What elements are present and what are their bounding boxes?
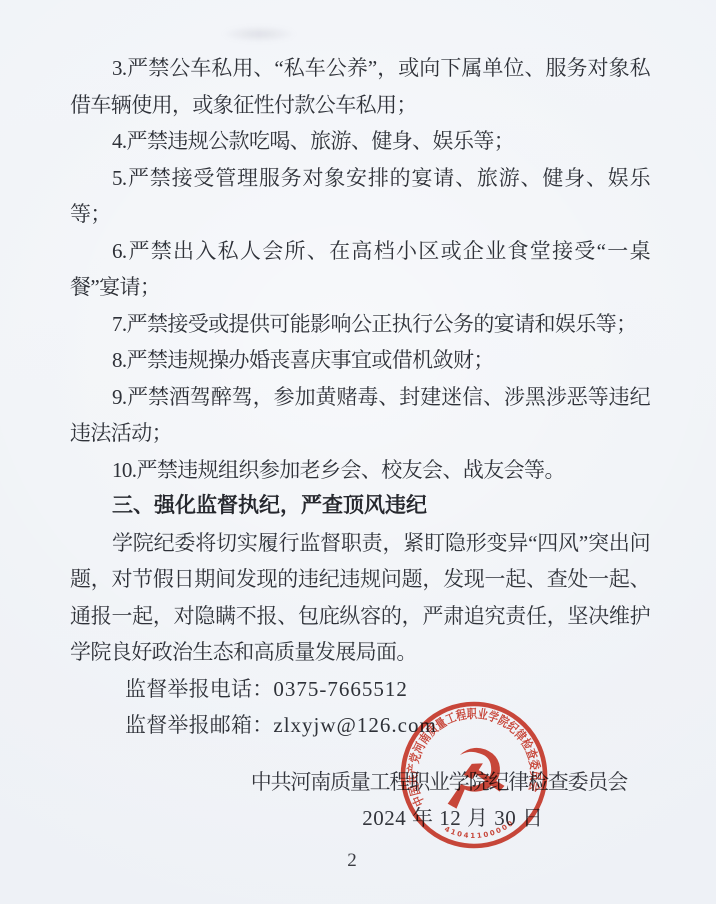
document-body: 3.严禁公车私用、“私车公养”，或向下属单位、服务对象私借车辆使用，或象征性付款… — [70, 50, 650, 744]
list-item-7: 7.严禁接受或提供可能影响公正执行公务的宴请和娱乐等； — [70, 306, 650, 343]
report-hotline-number: 0375-7665512 — [273, 677, 408, 701]
signature-date: 2024 年 12 月 30 日 — [265, 805, 641, 831]
signature-organization: 中共河南质量工程职业学院纪律检查委员会 — [251, 769, 627, 795]
list-item-3: 3.严禁公车私用、“私车公养”，或向下属单位、服务对象私借车辆使用，或象征性付款… — [70, 50, 650, 123]
body-paragraph: 学院纪委将切实履行监督职责，紧盯隐形变异“四风”突出问题，对节假日期间发现的违纪… — [70, 525, 650, 671]
list-item-8: 8.严禁违规操办婚丧喜庆事宜或借机敛财； — [70, 342, 650, 379]
list-item-10: 10.严禁违规组织参加老乡会、校友会、战友会等。 — [70, 452, 650, 489]
report-mailbox-line: 监督举报邮箱：zlxyjw@126.com — [70, 707, 650, 744]
list-item-4: 4.严禁违规公款吃喝、旅游、健身、娱乐等； — [70, 123, 650, 160]
report-mailbox-label: 监督举报邮箱： — [125, 713, 273, 737]
scan-artifact — [222, 26, 296, 42]
section-heading: 三、强化监督执纪，严查顶风违纪 — [70, 488, 650, 525]
list-item-9: 9.严禁酒驾醉驾，参加黄赌毒、封建迷信、涉黑涉恶等违纪违法活动； — [70, 379, 650, 452]
list-item-6: 6.严禁出入私人会所、在高档小区或企业食堂接受“一桌餐”宴请； — [70, 233, 650, 306]
report-mailbox-address: zlxyjw@126.com — [273, 713, 436, 737]
page-number: 2 — [0, 850, 704, 872]
list-item-5: 5.严禁接受管理服务对象安排的宴请、旅游、健身、娱乐等； — [70, 160, 650, 233]
signature-block: 中共河南质量工程职业学院纪律检查委员会 2024 年 12 月 30 日 — [251, 769, 627, 831]
report-hotline-label: 监督举报电话： — [125, 677, 273, 701]
report-hotline-line: 监督举报电话：0375-7665512 — [70, 671, 650, 708]
scanned-document-page: 3.严禁公车私用、“私车公养”，或向下属单位、服务对象私借车辆使用，或象征性付款… — [0, 0, 716, 904]
